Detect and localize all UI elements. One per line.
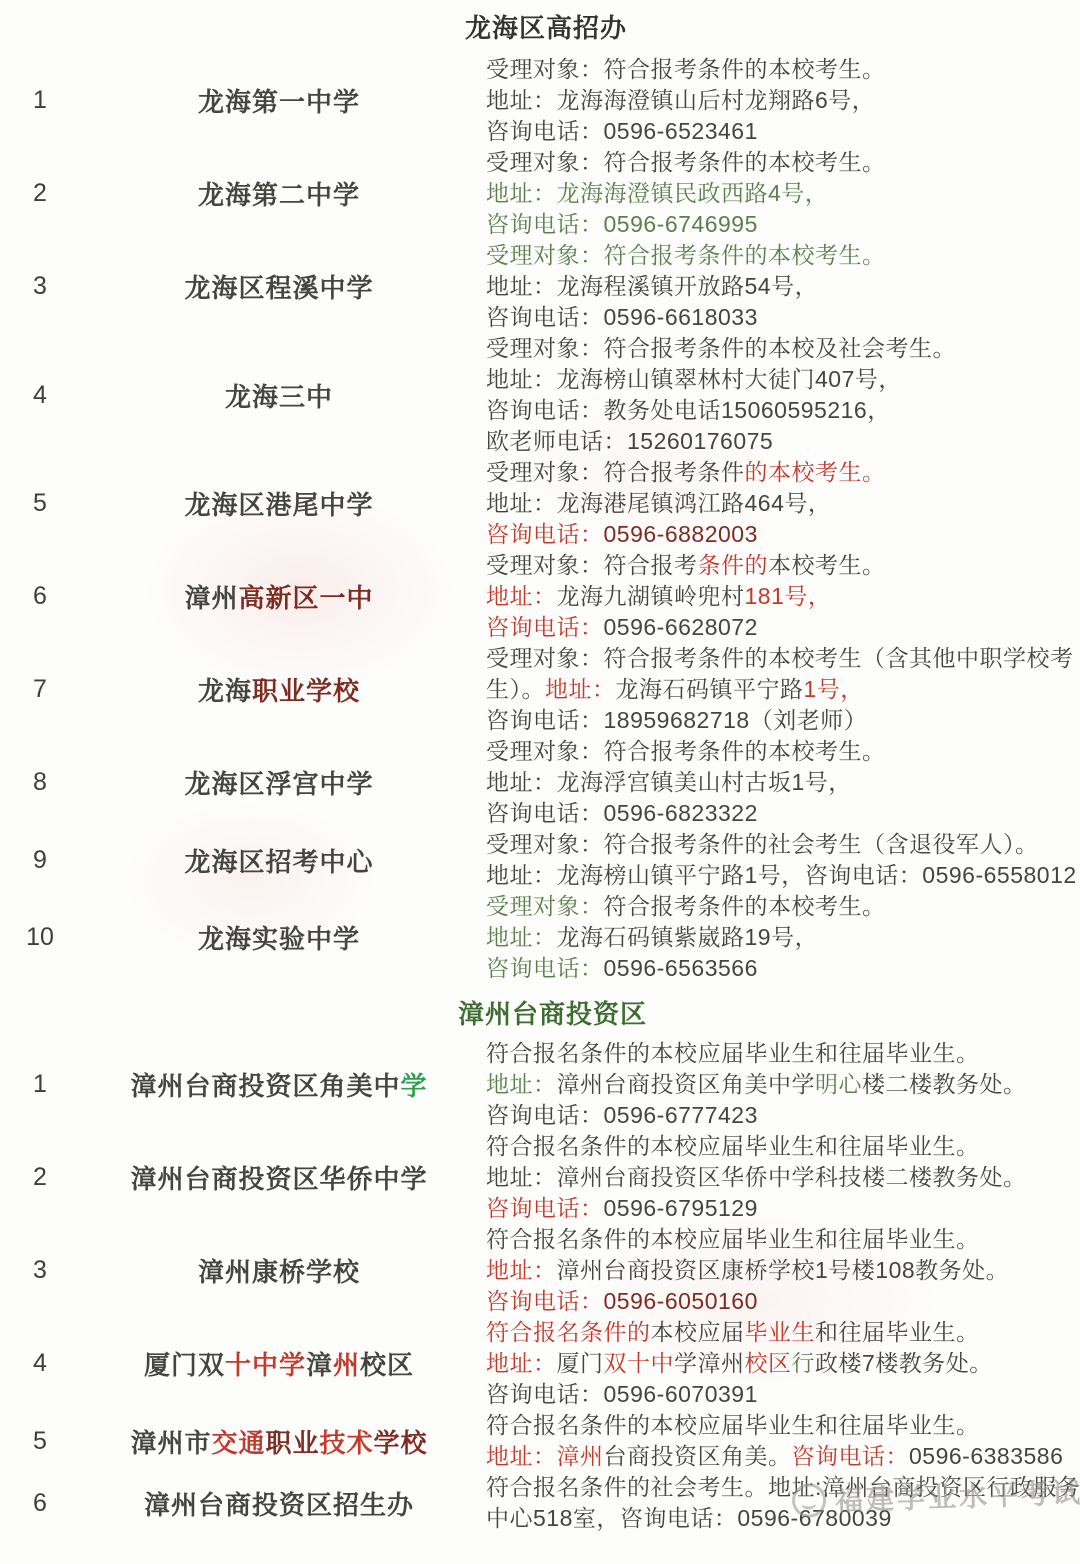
text-run: 符合报考条件的本校考生。 [604, 893, 886, 919]
text-run: 0596-6563566 [604, 955, 758, 981]
document-page: 龙海区高招办1龙海第一中学受理对象：符合报考条件的本校考生。地址：龙海海澄镇山后… [0, 0, 1080, 1564]
detail-line: 受理对象：符合报考条件的本校考生。 [486, 240, 1066, 271]
school-name: 龙海区港尾中学 [80, 485, 478, 522]
text-run: 受理对象：符合报考条件的本校考生（含其他中职学校考 [486, 645, 1074, 671]
text-run: 行 [792, 1350, 816, 1376]
text-run: 地址：漳州 [486, 1443, 604, 1469]
text-run: 符合报名条件的本校应届毕业生和往届毕业生。 [486, 1412, 980, 1438]
text-run: 受理对象： [486, 893, 604, 919]
detail-line: 受理对象：符合报考条件的本校及社会考生。 [486, 333, 1066, 364]
detail-line: 地址：龙海港尾镇鸿江路464号， [486, 488, 1066, 519]
detail-line: 符合报名条件的本校应届毕业生和往届毕业生。 [486, 1410, 1066, 1441]
text-run: 漳州 [184, 583, 238, 613]
detail-line: 咨询电话：0596-6746995 [486, 209, 1066, 240]
school-details: 受理对象：符合报考条件的本校考生。地址：龙海海澄镇民政西路4号，咨询电话：059… [478, 147, 1080, 240]
school-name: 龙海第二中学 [80, 175, 478, 212]
school-row: 2漳州台商投资区华侨中学符合报名条件的本校应届毕业生和往届毕业生。地址：漳州台商… [0, 1131, 1080, 1224]
text-run: 受理对象：符合报考条件 [486, 459, 745, 485]
school-row: 2龙海第二中学受理对象：符合报考条件的本校考生。地址：龙海海澄镇民政西路4号，咨… [0, 147, 1080, 240]
row-number: 2 [0, 179, 80, 208]
school-details: 符合报名条件的本校应届毕业生和往届毕业生。地址：漳州台商投资区角美。咨询电话：0… [478, 1410, 1080, 1472]
school-name: 龙海职业学校 [80, 671, 478, 708]
detail-line: 受理对象：符合报考条件的本校考生（含其他中职学校考 [486, 643, 1074, 674]
detail-line: 咨询电话：0596-6628072 [486, 612, 1066, 643]
text-run: 十中学 [225, 1350, 306, 1380]
row-number: 9 [0, 846, 80, 875]
detail-line: 地址：龙海浮宫镇美山村古坂1号， [486, 767, 1066, 798]
detail-line: 地址：龙海程溪镇开放路54号， [486, 271, 1066, 302]
text-run: 咨询电话：0596-6618033 [486, 304, 758, 330]
text-run: 龙海区招考中心 [184, 847, 373, 877]
text-run: 地址： [545, 676, 616, 702]
text-run: 地址： [486, 1350, 557, 1376]
school-details: 受理对象：符合报考条件的本校考生。地址：龙海程溪镇开放路54号，咨询电话：059… [478, 240, 1080, 333]
text-run: 符合报名条件的社会考生。地址:漳州台商投资区行政服务 [486, 1474, 1080, 1500]
text-run: 咨询电话：0596-6070391 [486, 1381, 758, 1407]
school-row: 5漳州市交通职业技术学校符合报名条件的本校应届毕业生和往届毕业生。地址：漳州台商… [0, 1410, 1080, 1472]
detail-line: 咨询电话：0596-6777423 [486, 1100, 1066, 1131]
row-number: 4 [0, 381, 80, 410]
school-name: 漳州台商投资区角美中学 [80, 1066, 478, 1103]
text-run: 龙海九湖镇岭兜村 [557, 583, 745, 609]
detail-line: 咨询电话：0596-6882003 [486, 519, 1066, 550]
detail-line: 地址：龙海九湖镇岭兜村181号， [486, 581, 1066, 612]
text-run: 受理对象：符合报考 [486, 552, 698, 578]
text-run: 高新区一中 [239, 583, 374, 613]
text-run: 地址：漳州台商投资区华侨中学科技楼二楼教务处。 [486, 1164, 1027, 1190]
row-number: 10 [0, 923, 80, 952]
text-run: 漳州台商投资区角美中 [130, 1071, 400, 1101]
text-run: 受理对象：符合报考条件的本校考生。 [486, 149, 886, 175]
row-number: 7 [0, 675, 80, 704]
school-details: 符合报名条件的本校应届毕业生和往届毕业生。地址：漳州台商投资区华侨中学科技楼二楼… [478, 1131, 1080, 1224]
text-run: 漳州康桥学校 [198, 1257, 360, 1287]
row-number: 6 [0, 1489, 80, 1518]
detail-line: 地址：厦门双十中学漳州校区行政楼7楼教务处。 [486, 1348, 1066, 1379]
row-number: 5 [0, 1427, 80, 1456]
school-details: 符合报名条件的本校应届毕业生和往届毕业生。地址：漳州台商投资区康桥学校1号楼10… [478, 1224, 1080, 1317]
school-details: 受理对象：符合报考条件的本校考生。地址：龙海港尾镇鸿江路464号，咨询电话：05… [478, 457, 1080, 550]
school-name: 龙海区浮宫中学 [80, 764, 478, 801]
row-number: 1 [0, 1070, 80, 1099]
detail-line: 地址：漳州台商投资区角美中学明心楼二楼教务处。 [486, 1069, 1066, 1100]
text-run: 职业学校 [252, 676, 360, 706]
school-name: 龙海实验中学 [80, 919, 478, 956]
text-run: 咨询电话：18959682718（刘老师） [486, 707, 867, 733]
text-run: 咨询电话：教务处电话15060595216， [486, 397, 891, 423]
text-run: 咨询电话： [486, 1195, 604, 1221]
text-run: 条件的 [698, 552, 769, 578]
text-run: 交通 [211, 1428, 265, 1458]
text-run: 漳州台商投资区角美中学 [557, 1071, 816, 1097]
section-title: 漳州台商投资区 [0, 996, 1080, 1032]
detail-line: 咨询电话：0596-6618033 [486, 302, 1066, 333]
text-run: 龙海石码镇紫崴路19号， [557, 924, 819, 950]
detail-line: 地址：龙海榜山镇平宁路1号，咨询电话：0596-6558012 [486, 860, 1077, 891]
detail-line: 符合报名条件的本校应届毕业生和往届毕业生。 [486, 1317, 1066, 1348]
detail-line: 受理对象：符合报考条件的本校考生。 [486, 147, 1066, 178]
school-name: 龙海区程溪中学 [80, 268, 478, 305]
text-run: 地址： [486, 924, 557, 950]
admissions-table: 龙海区高招办1龙海第一中学受理对象：符合报考条件的本校考生。地址：龙海海澄镇山后… [0, 0, 1080, 1534]
text-run: 地址： [486, 583, 557, 609]
school-name: 龙海第一中学 [80, 82, 478, 119]
school-row: 6漳州高新区一中受理对象：符合报考条件的本校考生。地址：龙海九湖镇岭兜村181号… [0, 550, 1080, 643]
detail-line: 咨询电话：0596-6563566 [486, 953, 1066, 984]
school-details: 受理对象：符合报考条件的本校考生。地址：龙海石码镇紫崴路19号，咨询电话：059… [478, 891, 1080, 984]
detail-line: 生）。地址：龙海石码镇平宁路1号， [486, 674, 1074, 705]
school-details: 受理对象：符合报考条件的社会考生（含退役军人）。地址：龙海榜山镇平宁路1号，咨询… [478, 829, 1080, 891]
detail-line: 符合报名条件的本校应届毕业生和往届毕业生。 [486, 1131, 1066, 1162]
text-run: 漳州市 [130, 1428, 211, 1458]
detail-line: 地址：龙海海澄镇民政西路4号， [486, 178, 1066, 209]
text-run: 龙海石码镇平宁路 [616, 676, 804, 702]
text-run: 中心518室，咨询电话：0596-6780039 [486, 1505, 892, 1531]
text-run: 受理对象：符合报考条件的社会考生（含退役军人）。 [486, 831, 1039, 857]
text-run: 政楼7楼教务处。 [815, 1350, 993, 1376]
section-title: 龙海区高招办 [0, 10, 1080, 46]
text-run: 咨询电话：0596-6523461 [486, 118, 758, 144]
school-name: 厦门双十中学漳州校区 [80, 1345, 478, 1382]
text-run: 地址：龙海程溪镇开放路54号， [486, 273, 818, 299]
text-run: 本校应届 [651, 1319, 745, 1345]
detail-line: 地址：龙海榜山镇翠林村大徒门407号， [486, 364, 1066, 395]
text-run: 漳州台商投资区华侨中学 [130, 1164, 427, 1194]
text-run: 龙海三中 [225, 382, 333, 412]
text-run: 技术 [320, 1428, 374, 1458]
text-run: 咨询电话： [486, 955, 604, 981]
detail-line: 中心518室，咨询电话：0596-6780039 [486, 1503, 1080, 1534]
text-run: 台商投资区角美。 [604, 1443, 792, 1469]
text-run: 0596-6628072 [604, 614, 758, 640]
text-run: 明心 [815, 1071, 862, 1097]
text-run: 校区 [745, 1350, 792, 1376]
text-run: 漳 [306, 1350, 333, 1380]
text-run: 符合报名条件的本校应届毕业生和往届毕业生。 [486, 1040, 980, 1066]
text-run: 学 [401, 1071, 428, 1101]
text-run: 本校考生。 [768, 552, 886, 578]
text-run: 厦门 [557, 1350, 604, 1376]
text-run: 学校 [374, 1428, 428, 1458]
text-run: 学漳州 [674, 1350, 745, 1376]
text-run: 地址：龙海榜山镇翠林村大徒门407号， [486, 366, 902, 392]
text-run: 楼二楼教务处。 [862, 1071, 1027, 1097]
text-run: 龙海区浮宫中学 [184, 769, 373, 799]
row-number: 2 [0, 1163, 80, 1192]
detail-line: 受理对象：符合报考条件的本校考生。 [486, 457, 1066, 488]
detail-line: 受理对象：符合报考条件的本校考生。 [486, 891, 1066, 922]
school-name: 漳州市交通职业技术学校 [80, 1423, 478, 1460]
text-run: 受理对象：符合报考条件的本校考生。 [486, 242, 886, 268]
detail-line: 受理对象：符合报考条件的本校考生。 [486, 550, 1066, 581]
school-details: 受理对象：符合报考条件的本校及社会考生。地址：龙海榜山镇翠林村大徒门407号，咨… [478, 333, 1080, 457]
row-number: 3 [0, 1256, 80, 1285]
text-run: 职业 [265, 1428, 319, 1458]
school-row: 4厦门双十中学漳州校区符合报名条件的本校应届毕业生和往届毕业生。地址：厦门双十中… [0, 1317, 1080, 1410]
text-run: 和往届毕业生。 [815, 1319, 980, 1345]
detail-line: 地址：龙海石码镇紫崴路19号， [486, 922, 1066, 953]
text-run: 受理对象：符合报考条件的本校考生。 [486, 738, 886, 764]
text-run: 咨询电话： [486, 1288, 604, 1314]
text-run: 欧老师电话：15260176075 [486, 428, 773, 454]
school-row: 10龙海实验中学受理对象：符合报考条件的本校考生。地址：龙海石码镇紫崴路19号，… [0, 891, 1080, 984]
school-details: 符合报名条件的本校应届毕业生和往届毕业生。地址：漳州台商投资区角美中学明心楼二楼… [478, 1038, 1080, 1131]
detail-line: 地址：漳州台商投资区康桥学校1号楼108教务处。 [486, 1255, 1066, 1286]
school-row: 4龙海三中受理对象：符合报考条件的本校及社会考生。地址：龙海榜山镇翠林村大徒门4… [0, 333, 1080, 457]
text-run: 龙海第二中学 [198, 180, 360, 210]
school-details: 符合报名条件的本校应届毕业生和往届毕业生。地址：厦门双十中学漳州校区行政楼7楼教… [478, 1317, 1080, 1410]
text-run: 龙海 [198, 676, 252, 706]
detail-line: 咨询电话：0596-6070391 [486, 1379, 1066, 1410]
school-details: 受理对象：符合报考条件的本校考生（含其他中职学校考生）。地址：龙海石码镇平宁路1… [478, 643, 1080, 736]
text-run: 符合报名条件的 [486, 1319, 651, 1345]
school-row: 3龙海区程溪中学受理对象：符合报考条件的本校考生。地址：龙海程溪镇开放路54号，… [0, 240, 1080, 333]
text-run: 地址：龙海榜山镇平宁路1号，咨询电话：0596-6558012 [486, 862, 1077, 888]
detail-line: 符合报名条件的本校应届毕业生和往届毕业生。 [486, 1224, 1066, 1255]
school-row: 6漳州台商投资区招生办符合报名条件的社会考生。地址:漳州台商投资区行政服务中心5… [0, 1472, 1080, 1534]
school-name: 漳州康桥学校 [80, 1252, 478, 1289]
text-run: 的本校考生。 [745, 459, 886, 485]
school-row: 1龙海第一中学受理对象：符合报考条件的本校考生。地址：龙海海澄镇山后村龙翔路6号… [0, 54, 1080, 147]
text-run: 咨询电话：0596-6746995 [486, 211, 758, 237]
school-row: 5龙海区港尾中学受理对象：符合报考条件的本校考生。地址：龙海港尾镇鸿江路464号… [0, 457, 1080, 550]
school-name: 漳州台商投资区招生办 [80, 1485, 478, 1522]
text-run: 咨询电话：0596-6777423 [486, 1102, 758, 1128]
row-number: 3 [0, 272, 80, 301]
school-row: 3漳州康桥学校符合报名条件的本校应届毕业生和往届毕业生。地址：漳州台商投资区康桥… [0, 1224, 1080, 1317]
school-name: 漳州高新区一中 [80, 578, 478, 615]
text-run: 符合报名条件的本校应届毕业生和往届毕业生。 [486, 1226, 980, 1252]
school-details: 符合报名条件的社会考生。地址:漳州台商投资区行政服务中心518室，咨询电话：05… [478, 1472, 1080, 1534]
text-run: 0596-6050160 [604, 1288, 758, 1314]
text-run: 咨询电话：0596-6823322 [486, 800, 758, 826]
text-run: 漳州台商投资区招生办 [144, 1490, 414, 1520]
row-number: 8 [0, 768, 80, 797]
text-run: 龙海实验中学 [198, 924, 360, 954]
text-run: 0596-6882003 [604, 521, 758, 547]
detail-line: 咨询电话：0596-6795129 [486, 1193, 1066, 1224]
text-run: 漳州台商投资区 [458, 999, 647, 1029]
text-run: 受理对象：符合报考条件的本校及社会考生。 [486, 335, 956, 361]
text-run: 校区 [360, 1350, 414, 1380]
school-row: 1漳州台商投资区角美中学符合报名条件的本校应届毕业生和往届毕业生。地址：漳州台商… [0, 1038, 1080, 1131]
detail-line: 地址：龙海海澄镇山后村龙翔路6号， [486, 85, 1066, 116]
text-run: 181号， [745, 583, 832, 609]
detail-line: 咨询电话：0596-6523461 [486, 116, 1066, 147]
detail-line: 咨询电话：18959682718（刘老师） [486, 705, 1074, 736]
text-run: 咨询电话： [486, 521, 604, 547]
school-name: 龙海区招考中心 [80, 842, 478, 879]
text-run: 符合报名条件的本校应届毕业生和往届毕业生。 [486, 1133, 980, 1159]
text-run: 毕业生 [745, 1319, 816, 1345]
detail-line: 地址：漳州台商投资区华侨中学科技楼二楼教务处。 [486, 1162, 1066, 1193]
detail-line: 咨询电话：0596-6050160 [486, 1286, 1066, 1317]
text-run: 地址： [486, 1257, 557, 1283]
school-details: 受理对象：符合报考条件的本校考生。地址：龙海九湖镇岭兜村181号，咨询电话：05… [478, 550, 1080, 643]
text-run: 州 [333, 1350, 360, 1380]
text-run: 1号， [804, 676, 864, 702]
detail-line: 受理对象：符合报考条件的本校考生。 [486, 736, 1066, 767]
row-number: 5 [0, 489, 80, 518]
detail-line: 符合报名条件的本校应届毕业生和往届毕业生。 [486, 1038, 1066, 1069]
text-run: 受理对象：符合报考条件的本校考生。 [486, 56, 886, 82]
text-run: 龙海区港尾中学 [184, 490, 373, 520]
detail-line: 受理对象：符合报考条件的社会考生（含退役军人）。 [486, 829, 1077, 860]
detail-line: 地址：漳州台商投资区角美。咨询电话：0596-6383586 [486, 1441, 1066, 1472]
school-row: 7龙海职业学校受理对象：符合报考条件的本校考生（含其他中职学校考生）。地址：龙海… [0, 643, 1080, 736]
text-run: 地址：龙海港尾镇鸿江路464号， [486, 490, 831, 516]
text-run: 双十中 [604, 1350, 675, 1376]
detail-line: 受理对象：符合报考条件的本校考生。 [486, 54, 1066, 85]
text-run: 0596-6383586 [909, 1443, 1063, 1469]
text-run: 地址：龙海海澄镇山后村龙翔路6号， [486, 87, 875, 113]
school-row: 9龙海区招考中心受理对象：符合报考条件的社会考生（含退役军人）。地址：龙海榜山镇… [0, 829, 1080, 891]
detail-line: 欧老师电话：15260176075 [486, 426, 1066, 457]
text-run: 龙海区高招办 [465, 13, 627, 43]
school-name: 漳州台商投资区华侨中学 [80, 1159, 478, 1196]
row-number: 4 [0, 1349, 80, 1378]
school-details: 受理对象：符合报考条件的本校考生。地址：龙海浮宫镇美山村古坂1号，咨询电话：05… [478, 736, 1080, 829]
detail-line: 符合报名条件的社会考生。地址:漳州台商投资区行政服务 [486, 1472, 1080, 1503]
text-run: 龙海第一中学 [198, 87, 360, 117]
text-run: 0596-6795129 [604, 1195, 758, 1221]
school-row: 8龙海区浮宫中学受理对象：符合报考条件的本校考生。地址：龙海浮宫镇美山村古坂1号… [0, 736, 1080, 829]
school-name: 龙海三中 [80, 377, 478, 414]
text-run: 地址：龙海海澄镇民政西路4号， [486, 180, 828, 206]
text-run: 地址：龙海浮宫镇美山村古坂1号， [486, 769, 852, 795]
text-run: 咨询电话： [792, 1443, 910, 1469]
text-run: 厦门双 [144, 1350, 225, 1380]
text-run: 龙海区程溪中学 [184, 273, 373, 303]
text-run: 生）。 [486, 676, 545, 702]
detail-line: 咨询电话：教务处电话15060595216， [486, 395, 1066, 426]
text-run: 咨询电话： [486, 614, 604, 640]
detail-line: 咨询电话：0596-6823322 [486, 798, 1066, 829]
row-number: 6 [0, 582, 80, 611]
row-number: 1 [0, 86, 80, 115]
school-details: 受理对象：符合报考条件的本校考生。地址：龙海海澄镇山后村龙翔路6号，咨询电话：0… [478, 54, 1080, 147]
text-run: 漳州台商投资区康桥学校1号楼108教务处。 [557, 1257, 1010, 1283]
text-run: 地址： [486, 1071, 557, 1097]
